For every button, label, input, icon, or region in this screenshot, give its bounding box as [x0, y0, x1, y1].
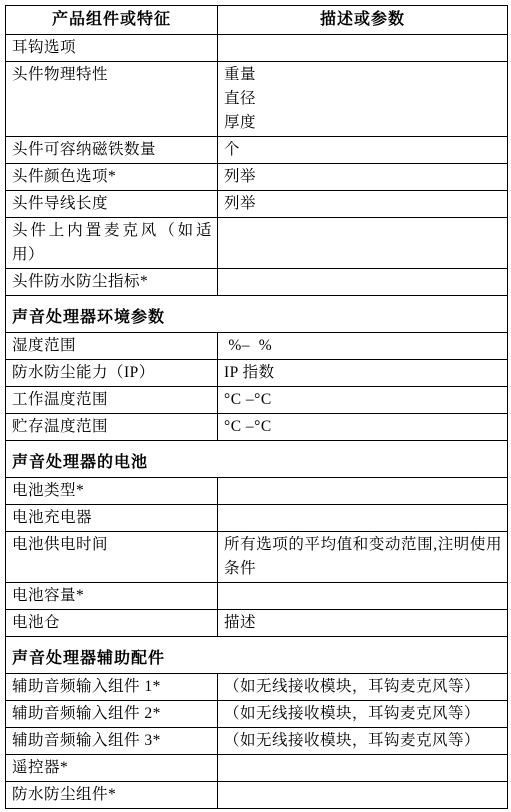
table-row: 头件物理特性重量 直径 厚度	[6, 62, 508, 137]
table-row: 电池仓描述	[6, 610, 508, 637]
value-cell	[218, 755, 508, 782]
feature-cell: 贮存温度范围	[6, 414, 218, 441]
feature-cell: 电池充电器	[6, 505, 218, 532]
table-row: 贮存温度范围°C –°C	[6, 414, 508, 441]
feature-cell: 辅助音频输入组件 2*	[6, 701, 218, 728]
value-cell: 重量 直径 厚度	[218, 62, 508, 137]
table-row: 防水防尘能力（IP）IP 指数	[6, 360, 508, 387]
table-row: 头件防水防尘指标*	[6, 269, 508, 296]
table-row: 耳钩选项	[6, 35, 508, 62]
table-row: 工作温度范围°C –°C	[6, 387, 508, 414]
col-header-feature: 产品组件或特征	[6, 6, 218, 35]
value-cell: （如无线接收模块，耳钩麦克风等）	[218, 674, 508, 701]
table-row: 电池类型*	[6, 478, 508, 505]
feature-cell: 电池类型*	[6, 478, 218, 505]
table-row: 辅助音频输入组件 1*（如无线接收模块，耳钩麦克风等）	[6, 674, 508, 701]
value-cell	[218, 583, 508, 610]
table-row: 遥控器*	[6, 755, 508, 782]
feature-cell: 辅助音频输入组件 1*	[6, 674, 218, 701]
value-cell: °C –°C	[218, 414, 508, 441]
feature-cell: 耳钩选项	[6, 35, 218, 62]
value-cell	[218, 505, 508, 532]
feature-cell: 辅助音频输入组件 3*	[6, 728, 218, 755]
feature-cell: 电池容量*	[6, 583, 218, 610]
document-page: 产品组件或特征 描述或参数 耳钩选项头件物理特性重量 直径 厚度头件可容纳磁铁数…	[0, 0, 511, 812]
table-row: 湿度范围 %– %	[6, 333, 508, 360]
spec-table-body: 耳钩选项头件物理特性重量 直径 厚度头件可容纳磁铁数量个头件颜色选项*列举头件导…	[6, 35, 508, 809]
feature-cell: 头件上内置麦克风（如适用）	[6, 218, 218, 269]
value-cell	[218, 782, 508, 809]
value-cell	[218, 218, 508, 269]
table-row: 电池容量*	[6, 583, 508, 610]
value-cell	[218, 269, 508, 296]
feature-cell: 遥控器*	[6, 755, 218, 782]
value-cell: 列举	[218, 191, 508, 218]
table-row: 辅助音频输入组件 3*（如无线接收模块，耳钩麦克风等）	[6, 728, 508, 755]
table-row: 头件颜色选项*列举	[6, 164, 508, 191]
table-row: 头件导线长度列举	[6, 191, 508, 218]
value-cell: 所有选项的平均值和变动范围,注明使用条件	[218, 532, 508, 583]
table-row: 电池充电器	[6, 505, 508, 532]
feature-cell: 头件物理特性	[6, 62, 218, 137]
spec-table: 产品组件或特征 描述或参数 耳钩选项头件物理特性重量 直径 厚度头件可容纳磁铁数…	[5, 5, 508, 809]
table-row: 头件上内置麦克风（如适用）	[6, 218, 508, 269]
col-header-description: 描述或参数	[218, 6, 508, 35]
feature-cell: 头件可容纳磁铁数量	[6, 137, 218, 164]
feature-cell: 防水防尘组件*	[6, 782, 218, 809]
section-row: 声音处理器的电池	[6, 441, 508, 478]
section-row: 声音处理器环境参数	[6, 296, 508, 333]
feature-cell: 头件防水防尘指标*	[6, 269, 218, 296]
value-cell: °C –°C	[218, 387, 508, 414]
table-row: 防水防尘组件*	[6, 782, 508, 809]
feature-cell: 防水防尘能力（IP）	[6, 360, 218, 387]
value-cell: 个	[218, 137, 508, 164]
value-cell: IP 指数	[218, 360, 508, 387]
table-header-row: 产品组件或特征 描述或参数	[6, 6, 508, 35]
section-title: 声音处理器的电池	[6, 441, 508, 478]
table-row: 辅助音频输入组件 2*（如无线接收模块，耳钩麦克风等）	[6, 701, 508, 728]
feature-cell: 工作温度范围	[6, 387, 218, 414]
table-row: 电池供电时间所有选项的平均值和变动范围,注明使用条件	[6, 532, 508, 583]
value-cell: 列举	[218, 164, 508, 191]
value-cell: 描述	[218, 610, 508, 637]
feature-cell: 头件导线长度	[6, 191, 218, 218]
section-title: 声音处理器环境参数	[6, 296, 508, 333]
value-cell	[218, 478, 508, 505]
value-cell: （如无线接收模块，耳钩麦克风等）	[218, 701, 508, 728]
table-row: 头件可容纳磁铁数量个	[6, 137, 508, 164]
feature-cell: 电池仓	[6, 610, 218, 637]
section-row: 声音处理器辅助配件	[6, 637, 508, 674]
value-cell: （如无线接收模块，耳钩麦克风等）	[218, 728, 508, 755]
feature-cell: 电池供电时间	[6, 532, 218, 583]
feature-cell: 湿度范围	[6, 333, 218, 360]
value-cell: %– %	[218, 333, 508, 360]
feature-cell: 头件颜色选项*	[6, 164, 218, 191]
section-title: 声音处理器辅助配件	[6, 637, 508, 674]
value-cell	[218, 35, 508, 62]
